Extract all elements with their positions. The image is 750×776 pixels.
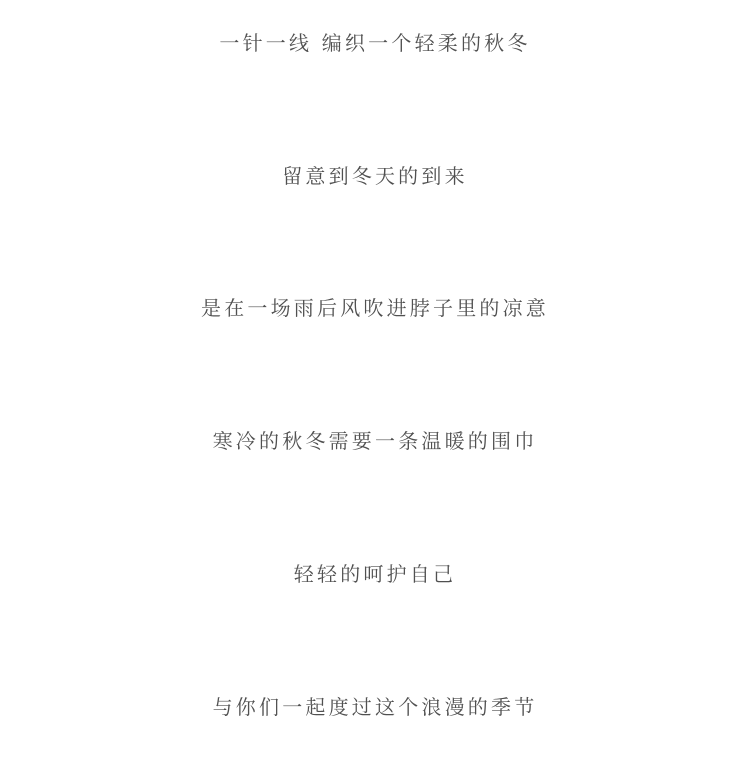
poem-line-6: 与你们一起度过这个浪漫的季节 — [0, 693, 750, 721]
poem-line-2: 留意到冬天的到来 — [0, 162, 750, 190]
poem-line-5: 轻轻的呵护自己 — [0, 560, 750, 588]
poem-text-block: 一针一线 编织一个轻柔的秋冬 留意到冬天的到来 是在一场雨后风吹进脖子里的凉意 … — [0, 0, 750, 776]
poem-line-1: 一针一线 编织一个轻柔的秋冬 — [0, 29, 750, 57]
poem-line-4: 寒冷的秋冬需要一条温暖的围巾 — [0, 427, 750, 455]
poem-line-3: 是在一场雨后风吹进脖子里的凉意 — [0, 294, 750, 322]
